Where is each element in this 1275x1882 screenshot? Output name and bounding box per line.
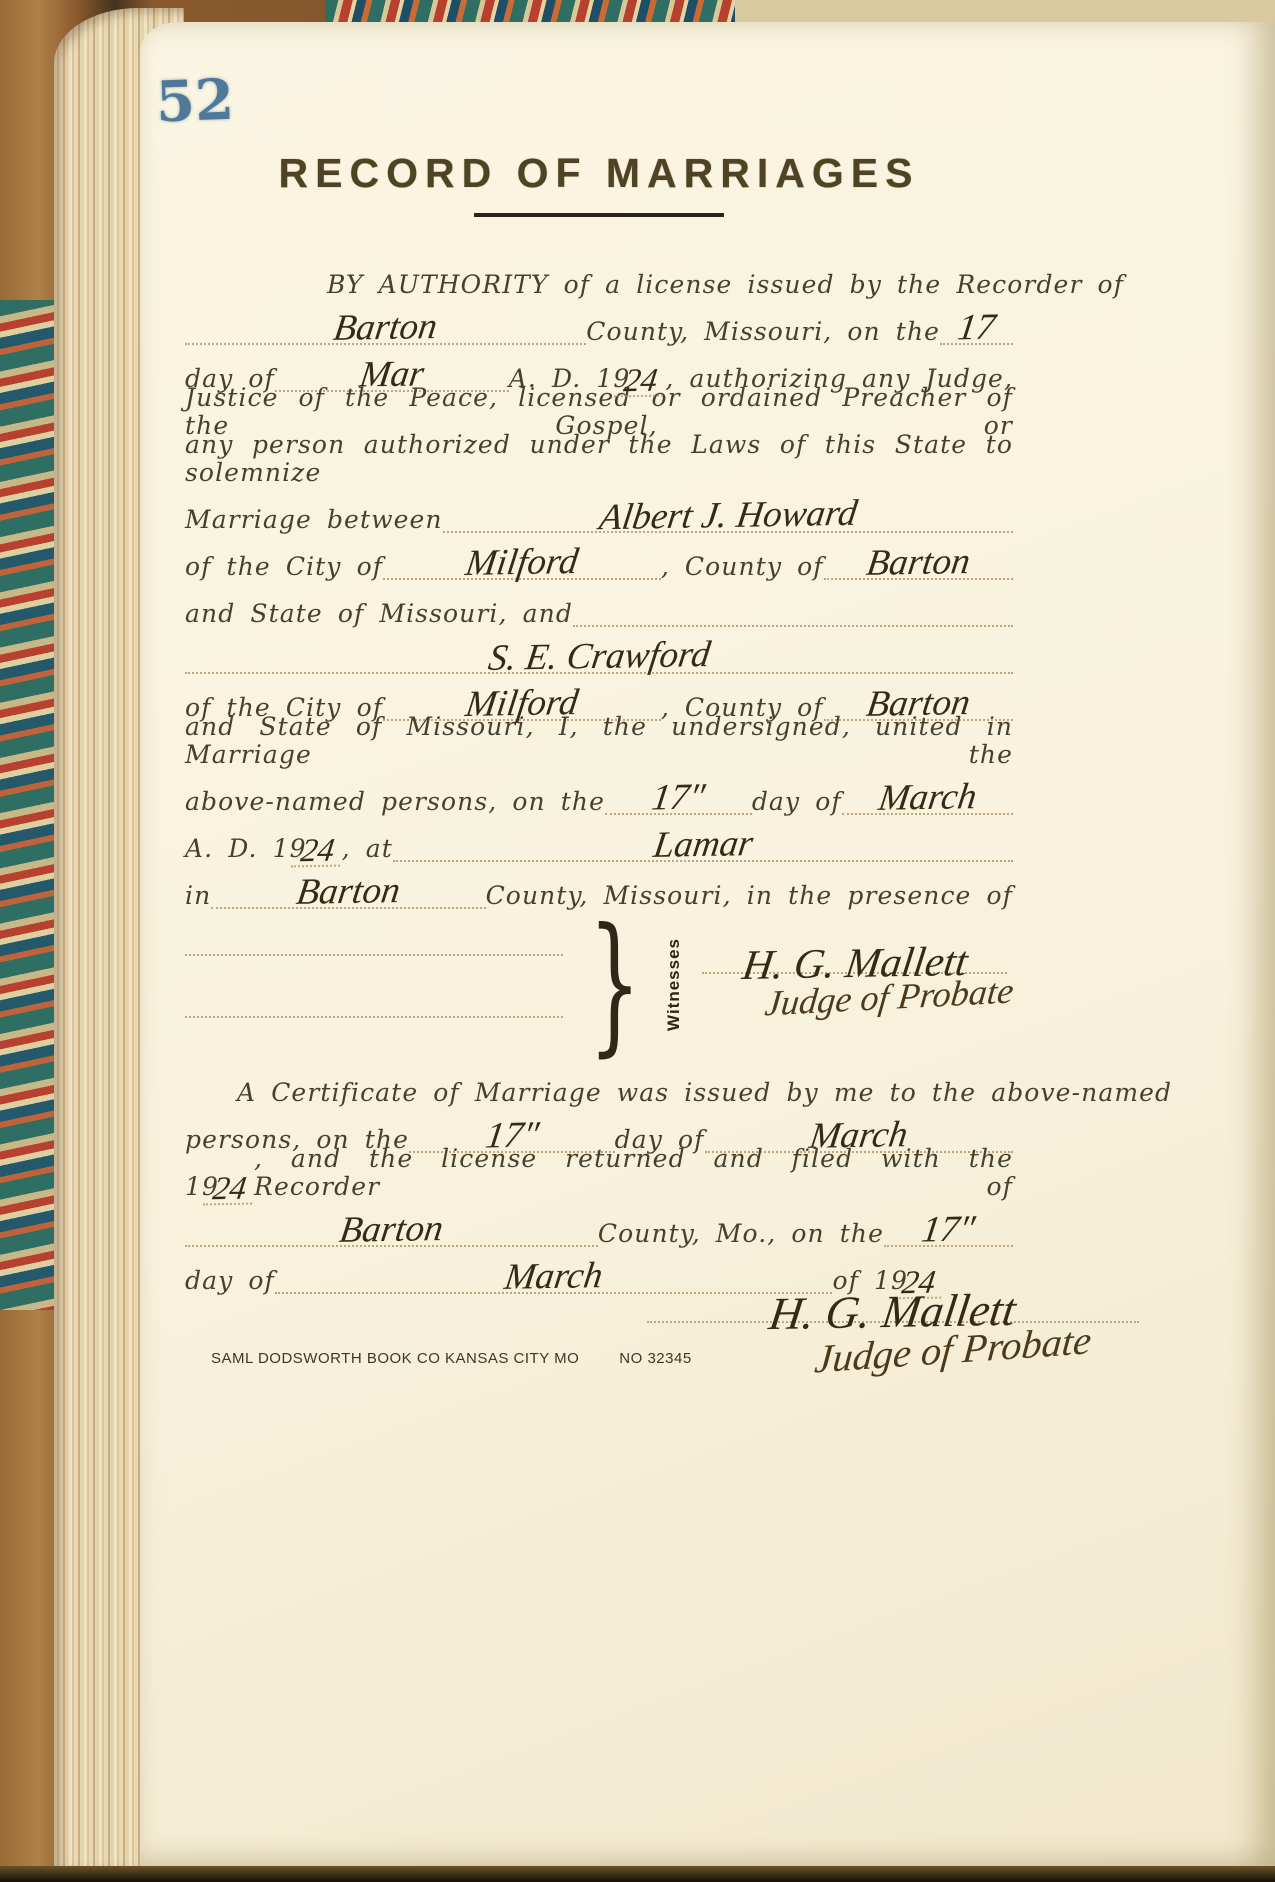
printed-cert-dayof-2: day of	[185, 1267, 275, 1295]
witness-lines	[185, 954, 563, 1018]
witness-line-1	[185, 954, 563, 956]
form-line-bride: S. E. Crawford	[185, 627, 1013, 674]
marbled-endpaper-left	[0, 300, 58, 1310]
certificate-line-returned: 19 24 , and the license returned and fil…	[185, 1153, 1013, 1200]
witness-line-2	[185, 1016, 563, 1018]
form-line-undersigned: and State of Missouri, I, the undersigne…	[185, 721, 1013, 768]
form-line-marriage-date: above-named persons, on the 17″ day of M…	[185, 768, 1013, 815]
day-field-1: 17	[940, 312, 1013, 345]
final-signature-block: H. G. Mallett Judge of Probate	[633, 1292, 1153, 1367]
handwritten-day-2: 17″	[650, 782, 707, 814]
county-field-1: Barton	[185, 312, 586, 345]
officiant-signature-block: H. G. Mallett Judge of Probate	[684, 947, 1013, 1013]
groom-city-field: Milford	[383, 547, 661, 580]
form-line-county1: Barton County, Missouri, on the 17	[185, 298, 1013, 345]
printed-cert-county-label: County, Mo., on the	[598, 1220, 884, 1248]
handwritten-cert-month-2: March	[503, 1260, 605, 1293]
printed-marriage-between: Marriage between	[185, 506, 443, 534]
certificate-county-field: Barton	[185, 1214, 598, 1247]
title-rule	[474, 213, 724, 217]
bride-field: S. E. Crawford	[185, 641, 1013, 674]
certificate-line-county: Barton County, Mo., on the 17″	[185, 1200, 1013, 1247]
handwritten-year-1: 24	[614, 367, 667, 398]
handwritten-bride-name: S. E. Crawford	[486, 639, 712, 674]
printed-certificate-opening: A Certificate of Marriage was issued by …	[237, 1079, 1172, 1107]
handwritten-city-1: Milford	[464, 546, 580, 579]
printed-countyof-1: , County of	[661, 553, 824, 581]
printed-county-label-1: County, Missouri, on the	[586, 318, 940, 346]
form-line-marriage-place: A. D. 19 24 , at Lamar	[185, 815, 1013, 862]
groom-field: Albert J. Howard	[443, 500, 1013, 533]
form-line-groom-city: of the City of Milford , County of Barto…	[185, 533, 1013, 580]
printed-cityof-1: of the City of	[185, 553, 383, 581]
handwritten-month-1: Mar	[358, 358, 426, 391]
record-page: 52 RECORD OF MARRIAGES BY AUTHORITY of a…	[140, 22, 1275, 1872]
officiant-title: Judge of Probate	[764, 976, 1016, 1019]
handwritten-day-1: 17	[956, 312, 998, 344]
printed-ad19-2: A. D. 19	[185, 835, 307, 863]
handwritten-cert-day-2: 17″	[920, 1214, 977, 1246]
marbled-edge-top	[325, 0, 735, 24]
handwritten-month-2: March	[876, 781, 978, 814]
groom-county-field: Barton	[824, 547, 1013, 580]
book-bottom-edge	[0, 1866, 1275, 1882]
form-content: RECORD OF MARRIAGES BY AUTHORITY of a li…	[185, 22, 1013, 1474]
final-signature-section: SAML DODSWORTH BOOK CO KANSAS CITY MONO …	[185, 1294, 1013, 1474]
printed-dayof-2: day of	[752, 788, 842, 816]
handwritten-cert-month: March	[808, 1119, 910, 1152]
handwritten-county-4: Barton	[295, 875, 402, 908]
handwritten-county-3: Barton	[865, 687, 972, 720]
handwritten-county-2: Barton	[865, 546, 972, 579]
handwritten-cert-year: 24	[203, 1175, 256, 1206]
witness-brace: }	[588, 928, 640, 1041]
printed-at: , at	[342, 835, 393, 863]
handwritten-county-1: Barton	[332, 311, 439, 344]
printed-above-named: above-named persons, on the	[185, 788, 605, 816]
record-book: 52 RECORD OF MARRIAGES BY AUTHORITY of a…	[0, 0, 1275, 1882]
handwritten-year-2: 24	[290, 837, 343, 868]
printed-presence: County, Missouri, in the presence of	[486, 882, 1013, 910]
printed-opening: BY AUTHORITY of a license issued by the …	[327, 271, 1124, 299]
printed-anyperson: any person authorized under the Laws of …	[185, 431, 1013, 486]
blank-field	[573, 621, 1013, 627]
form-line-groom: Marriage between Albert J. Howard	[185, 486, 1013, 533]
printer-imprint: SAML DODSWORTH BOOK CO KANSAS CITY MONO …	[211, 1350, 692, 1367]
handwritten-city-2: Milford	[464, 687, 580, 720]
handwritten-cert-day: 17″	[483, 1120, 540, 1152]
witness-section: } Witnesses H. G. Mallett Judge of Proba…	[185, 909, 1013, 1059]
certificate-month2-field: March	[275, 1261, 833, 1294]
form-line-anyperson: any person authorized under the Laws of …	[185, 439, 1013, 486]
presence-county-field: Barton	[211, 876, 485, 909]
handwritten-place: Lamar	[651, 828, 754, 861]
marriage-day-field: 17″	[605, 782, 752, 815]
marriage-month-field: March	[842, 782, 1013, 815]
place-field: Lamar	[393, 829, 1013, 862]
form-line-opening: BY AUTHORITY of a license issued by the …	[185, 251, 1013, 298]
witnesses-label: Witnesses	[664, 938, 684, 1031]
page-title: RECORD OF MARRIAGES	[185, 150, 1013, 197]
form-line-state-and: and State of Missouri, and	[185, 580, 1013, 627]
printer-imprint-text: SAML DODSWORTH BOOK CO KANSAS CITY MO	[211, 1350, 579, 1367]
printed-in: in	[185, 882, 211, 910]
handwritten-groom-name: Albert J. Howard	[597, 498, 859, 534]
handwritten-cert-county: Barton	[338, 1213, 445, 1246]
certificate-day2-field: 17″	[884, 1214, 1013, 1247]
printed-state-and: and State of Missouri, and	[185, 600, 573, 628]
